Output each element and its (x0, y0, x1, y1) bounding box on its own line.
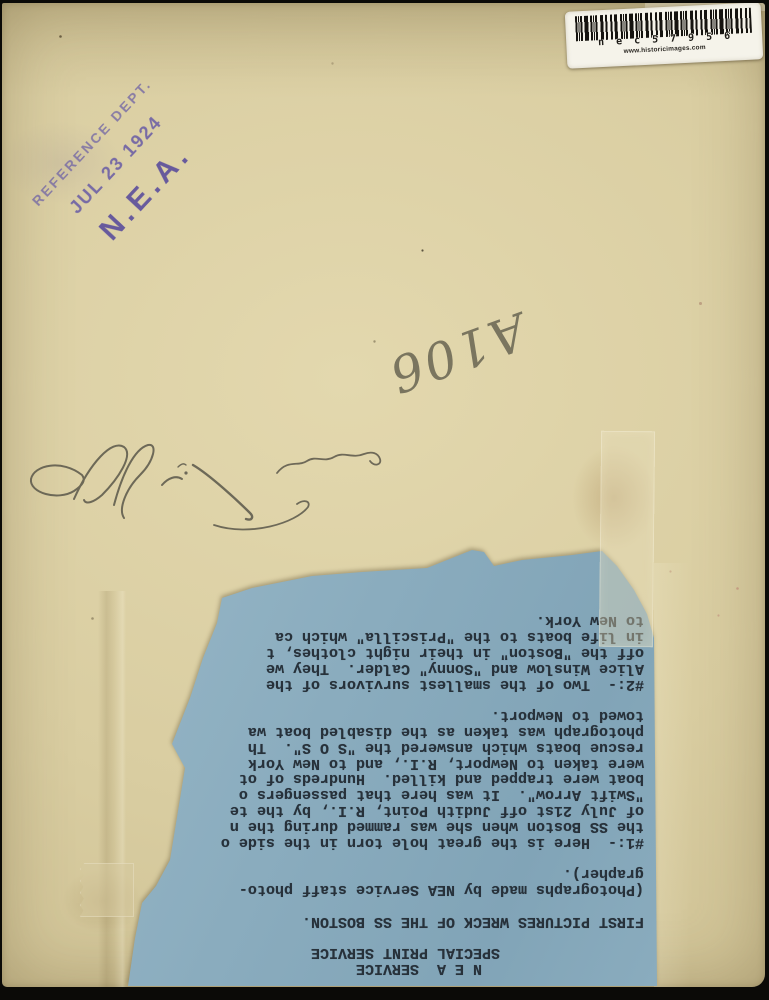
historicimages-barcode-sticker: nec57956 www.historicimages.com (565, 3, 764, 69)
clipping-line: to New York. (100, 613, 644, 629)
clipping-line: off the "Boston" in their night clothes,… (100, 644, 644, 660)
clipping-paper: N E A SERVICE SPECIAL PRINT SERVICE FIRS… (100, 548, 658, 986)
photo-back-paper: nec57956 www.historicimages.com REFERENC… (2, 3, 765, 987)
clipping-line: grapher). (100, 865, 644, 881)
pencil-signature (10, 415, 395, 565)
clipping-text: N E A SERVICE SPECIAL PRINT SERVICE FIRS… (100, 548, 658, 986)
clipping-line: the SS Boston when she was rammed during… (100, 818, 644, 834)
clipping-line: N E A SERVICE (100, 960, 644, 976)
tape-piece-left (80, 863, 134, 917)
clipping-line (100, 897, 644, 913)
pencil-catalog-number: A106 (367, 283, 547, 423)
clipping-line: rescue boats which answered the "S O S".… (100, 739, 644, 755)
clipping-line: in life boats to the "Priscilla" which c… (100, 628, 644, 644)
tape-piece-right (599, 431, 655, 648)
clipping-line (100, 850, 644, 866)
catalog-number-text: A106 (380, 301, 535, 405)
clipping-line: boat were trapped and killed. Hundreds o… (100, 771, 644, 787)
clipping-line: SPECIAL PRINT SERVICE (100, 944, 644, 960)
news-clipping: N E A SERVICE SPECIAL PRINT SERVICE FIRS… (100, 548, 658, 986)
clipping-line: #2:- Two of the smallest survivors of th… (100, 676, 644, 692)
clipping-line (100, 692, 644, 708)
paper-crease-right (654, 563, 706, 987)
clipping-line: Alice Winslow and "Sonny" Calder. They w… (100, 660, 644, 676)
dust-specks (2, 3, 3, 4)
reference-dept-stamp: REFERENCE DEPT. JUL 23 1924 N.E.A. (2, 6, 286, 335)
clipping-line (100, 929, 644, 945)
clipping-line: "Swift Arrow". It was here that passenge… (100, 786, 644, 802)
clipping-line: were taken to Newport, R.I., and to New … (100, 755, 644, 771)
clipping-line: (Photographs made by NEA Service staff p… (100, 881, 644, 897)
clipping-line: #1:- Here is the great hole torn in the … (100, 834, 644, 850)
stamp-line-nea: N.E.A. (93, 138, 199, 248)
clipping-line: photograph was taken as the disabled boa… (100, 723, 644, 739)
photo-scan: nec57956 www.historicimages.com REFERENC… (0, 0, 769, 1000)
clipping-line: towed to Newport. (100, 707, 644, 723)
clipping-line: of July 21st off Judith Point, R.I., by … (100, 802, 644, 818)
clipping-line: FIRST PICTURES WRECK OF THE SS BOSTON. (100, 913, 644, 929)
